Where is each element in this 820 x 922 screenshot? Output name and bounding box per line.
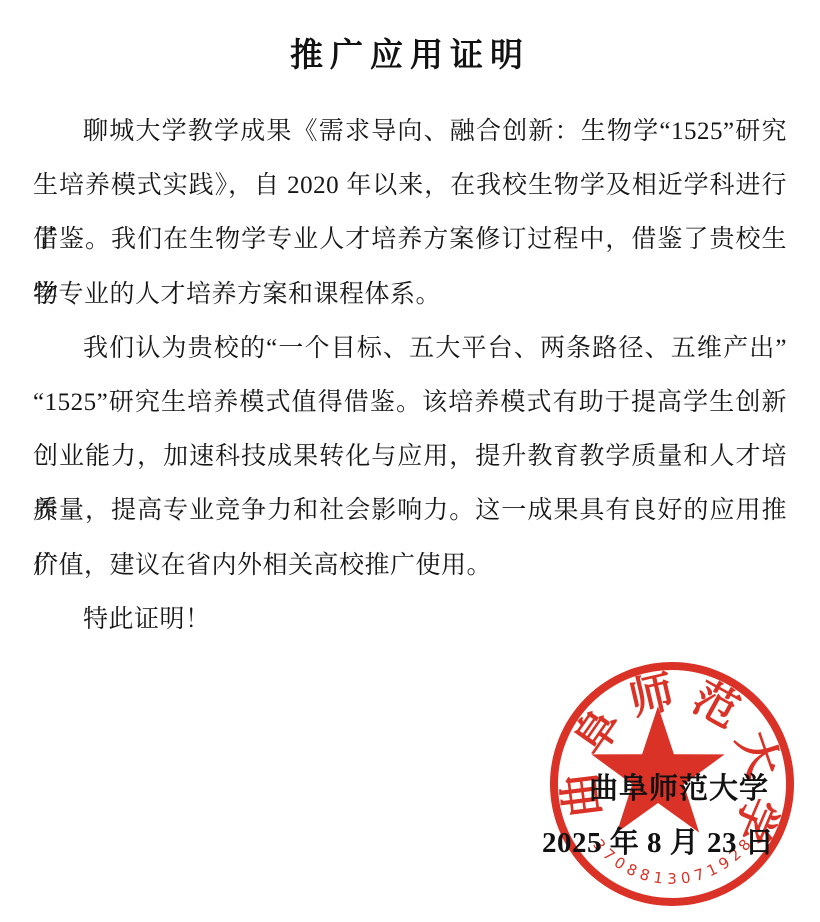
body-line: “1525”研究生培养模式值得借鉴。该培养模式有助于提高学生创新: [33, 376, 787, 430]
paragraph: 聊城大学教学成果《需求导向、融合创新：生物学“1525”研究生培养模式实践》，自…: [33, 105, 787, 322]
paragraph: 我们认为贵校的“一个目标、五大平台、两条路径、五维产出”“1525”研究生培养模…: [33, 322, 787, 593]
body-line: 我们认为贵校的“一个目标、五大平台、两条路径、五维产出”: [33, 322, 787, 376]
seal-code-digit: 0: [680, 868, 692, 887]
signature-text: 曲阜师范大学: [589, 766, 769, 807]
certificate-page: 推广应用证明 聊城大学教学成果《需求导向、融合创新：生物学“1525”研究生培养…: [0, 0, 820, 922]
paragraph: 特此证明！: [33, 593, 787, 647]
seal-arc-char: 师: [625, 667, 679, 725]
seal-code-digit: 3: [667, 870, 677, 888]
seal-code-digit: 7: [692, 865, 706, 885]
document-body: 聊城大学教学成果《需求导向、融合创新：生物学“1525”研究生培养模式实践》，自…: [33, 105, 787, 647]
body-line: 学专业的人才培养方案和课程体系。: [33, 268, 787, 322]
seal-code-digit: 8: [638, 865, 652, 885]
body-line: 生培养模式实践》，自 2020 年以来，在我校生物学及相近学科进行了: [33, 159, 787, 213]
page-title: 推广应用证明: [0, 0, 820, 76]
body-line: 聊城大学教学成果《需求导向、融合创新：生物学“1525”研究: [33, 105, 787, 159]
date-text: 2025 年 8 月 23 日: [542, 820, 774, 861]
body-line: 价值，建议在省内外相关高校推广使用。: [33, 539, 787, 593]
body-line: 特此证明！: [33, 593, 787, 647]
seal-code-digit: 8: [624, 860, 640, 880]
body-line: 质量，提高专业竞争力和社会影响力。这一成果具有良好的应用推广: [33, 484, 787, 538]
seal-code-digit: 1: [652, 868, 664, 887]
body-line: 创业能力，加速科技成果转化与应用，提升教育教学质量和人才培养: [33, 430, 787, 484]
body-line: 借鉴。我们在生物学专业人才培养方案修订过程中，借鉴了贵校生物: [33, 213, 787, 267]
